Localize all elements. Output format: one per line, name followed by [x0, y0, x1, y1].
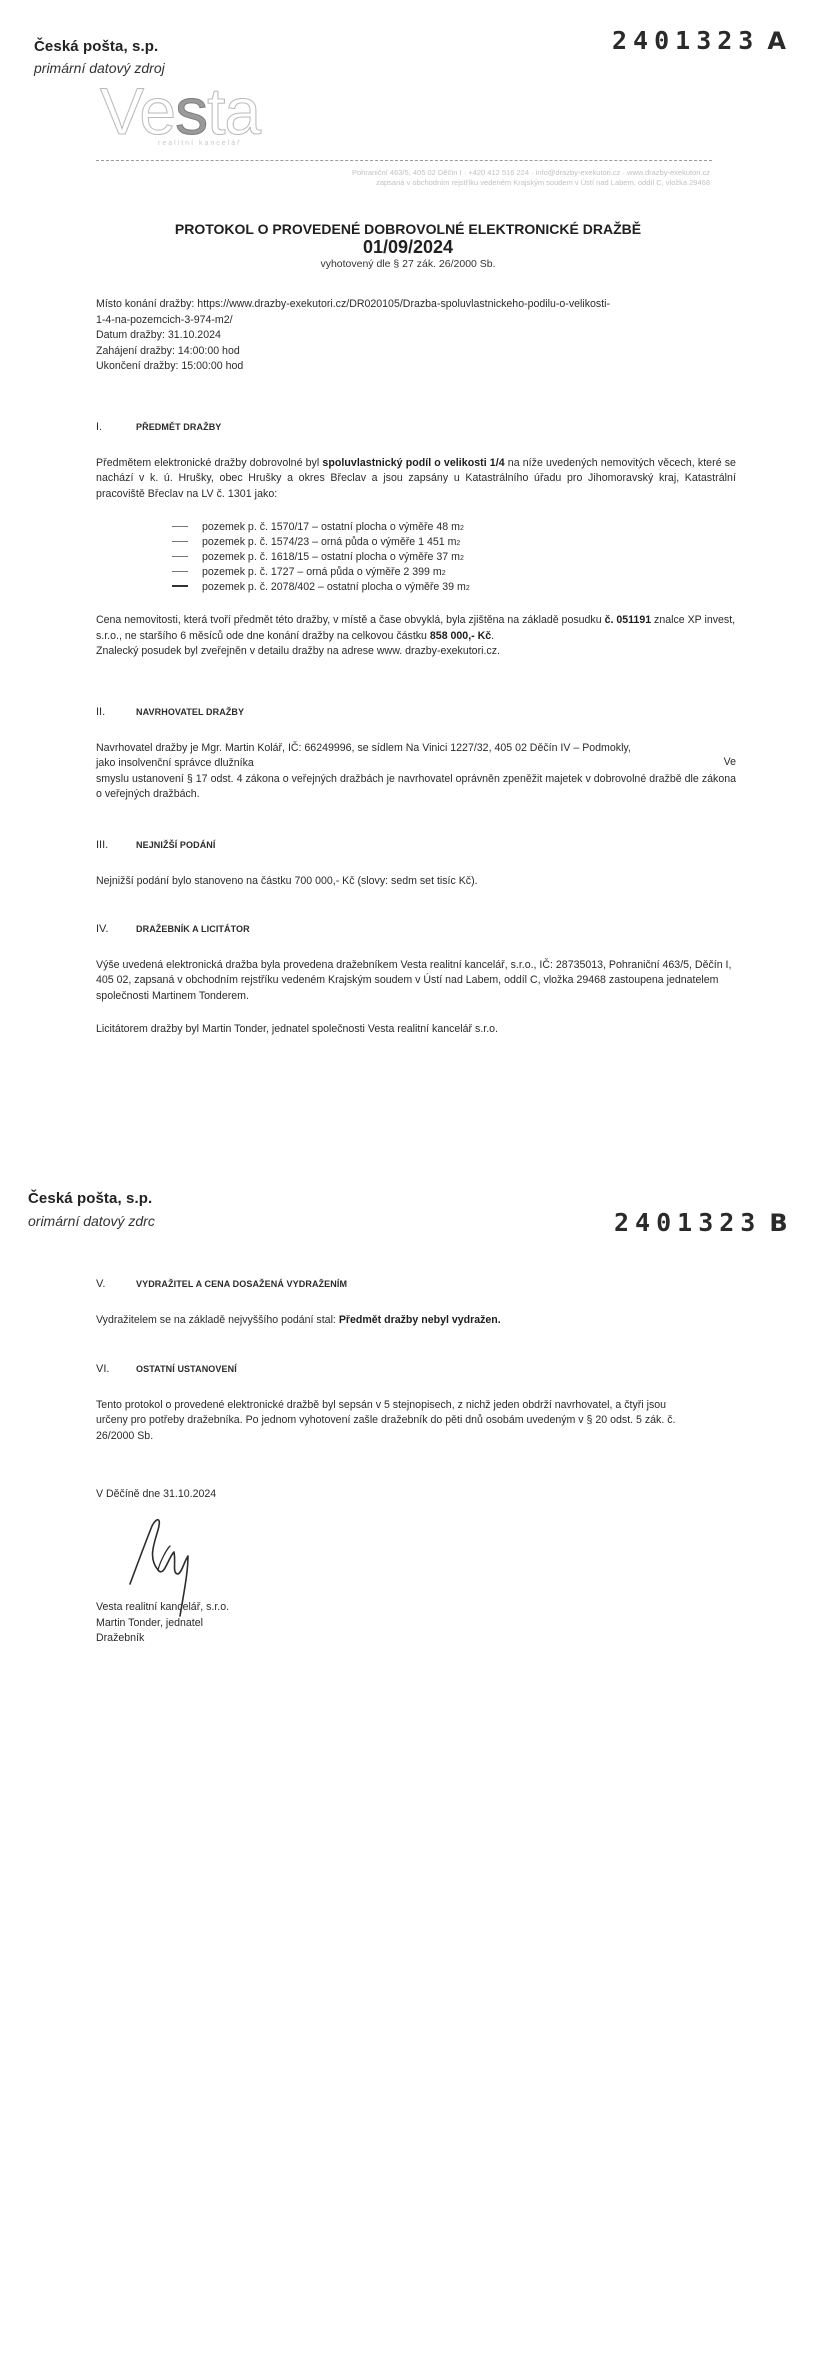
section-5-paragraph: Vydražitelem se na základě nejvyššího po… [96, 1313, 736, 1329]
section-number: II. [96, 705, 136, 721]
logo-letters-ve: Ve [100, 74, 175, 148]
auction-url[interactable]: https://www.drazby-exekutori.cz/DR020105… [197, 298, 610, 310]
auction-result: Předmět dražby nebyl vydražen. [339, 1314, 501, 1326]
section-2: II. NAVRHOVATEL DRAŽBY Navrhovatel dražb… [96, 705, 736, 803]
reference-letter: B [769, 1209, 787, 1237]
section-1-paragraph-price: Cena nemovitosti, která tvoří předmět té… [96, 613, 736, 644]
signatory-person: Martin Tonder, jednatel [96, 1616, 396, 1632]
dash-bullet-icon [172, 571, 188, 572]
document-subtitle: vyhotovený dle § 27 zák. 26/2000 Sb. [96, 257, 720, 273]
section-1-paragraph-subject: Předmětem elektronické dražby dobrovolné… [96, 456, 736, 503]
signatory-company: Vesta realitní kancelář, s.r.o. [96, 1600, 396, 1616]
section-heading: VI. OSTATNÍ USTANOVENÍ [96, 1362, 696, 1378]
section-number: IV. [96, 922, 136, 938]
section-title: DRAŽEBNÍK A LICITÁTOR [136, 922, 250, 938]
closing-place-date: V Děčíně dne 31.10.2024 [96, 1487, 396, 1503]
letterhead-divider [96, 160, 712, 161]
logo-tagline: realitní kancelář [158, 140, 241, 147]
section-heading: II. NAVRHOVATEL DRAŽBY [96, 705, 736, 721]
section-heading: III. NEJNIŽŠÍ PODÁNÍ [96, 838, 736, 854]
reference-stamp: 2401323 A [612, 26, 786, 55]
plot-item: pozemek p. č. 1574/23 – orná půda o výmě… [172, 535, 736, 550]
signatory-block: Vesta realitní kancelář, s.r.o. Martin T… [96, 1600, 396, 1647]
postal-stamp-sender: Česká pošta, s.p. [28, 1190, 152, 1207]
section-number: VI. [96, 1362, 136, 1378]
postal-stamp-subtitle: orimární datový zdrc [28, 1213, 155, 1229]
section-3-paragraph: Nejnižší podání bylo stanoveno na částku… [96, 874, 736, 890]
reference-number: 2401323 [612, 26, 759, 55]
section-4-paragraph-licitator: Licitátorem dražby byl Martin Tonder, je… [96, 1022, 736, 1038]
letterhead-address-1: Pohraniční 463/5, 405 02 Děčín I · +420 … [352, 168, 710, 178]
section-3: III. NEJNIŽŠÍ PODÁNÍ Nejnižší podání byl… [96, 838, 736, 889]
plot-item: pozemek p. č. 1570/17 – ostatní plocha o… [172, 520, 736, 535]
logo-letter-s: s [175, 74, 207, 148]
section-6: VI. OSTATNÍ USTANOVENÍ Tento protokol o … [96, 1362, 696, 1444]
auction-url-continued[interactable]: 1-4-na-pozemcich-3-974-m2/ [96, 313, 736, 329]
dash-bullet-icon [172, 556, 188, 557]
auction-start: Zahájení dražby: 14:00:00 hod [96, 344, 736, 360]
dash-bullet-icon [172, 541, 188, 542]
dash-bullet-icon [172, 585, 188, 587]
section-6-paragraph: Tento protokol o provedené elektronické … [96, 1398, 696, 1445]
reference-number: 2401323 [614, 1208, 761, 1237]
signatory-role: Dražebník [96, 1631, 396, 1647]
vesta-logo: Vesta [100, 78, 260, 144]
section-heading: V. VYDRAŽITEL A CENA DOSAŽENÁ VYDRAŽENÍM [96, 1277, 736, 1293]
section-heading: IV. DRAŽEBNÍK A LICITÁTOR [96, 922, 736, 938]
reference-letter: A [767, 27, 786, 55]
dash-bullet-icon [172, 526, 188, 527]
section-title: NEJNIŽŠÍ PODÁNÍ [136, 838, 216, 854]
plot-item: pozemek p. č. 2078/402 – ostatní plocha … [172, 580, 736, 595]
section-4: IV. DRAŽEBNÍK A LICITÁTOR Výše uvedená e… [96, 922, 736, 1038]
section-number: III. [96, 838, 136, 854]
section-title: OSTATNÍ USTANOVENÍ [136, 1362, 237, 1378]
section-1-paragraph-appraisal: Znalecký posudek byl zveřejněn v detailu… [96, 644, 736, 660]
auction-end: Ukončení dražby: 15:00:00 hod [96, 359, 736, 375]
section-5: V. VYDRAŽITEL A CENA DOSAŽENÁ VYDRAŽENÍM… [96, 1277, 736, 1328]
section-number: V. [96, 1277, 136, 1293]
section-1: I. PŘEDMĚT DRAŽBY Předmětem elektronické… [96, 420, 736, 660]
postal-stamp-sender: Česká pošta, s.p. [34, 38, 158, 55]
plot-item: pozemek p. č. 1618/15 – ostatní plocha o… [172, 550, 736, 565]
document-number: 01/09/2024 [96, 240, 720, 256]
plot-item: pozemek p. č. 1727 – orná půda o výměře … [172, 565, 736, 580]
section-title: PŘEDMĚT DRAŽBY [136, 420, 221, 436]
document-title: PROTOKOL O PROVEDENÉ DOBROVOLNÉ ELEKTRON… [96, 222, 720, 238]
section-2-paragraph: Navrhovatel dražby je Mgr. Martin Kolář,… [96, 741, 736, 803]
auction-date: Datum dražby: 31.10.2024 [96, 328, 736, 344]
auction-place: Místo konání dražby: https://www.drazby-… [96, 297, 736, 313]
section-4-paragraph-auctioneer: Výše uvedená elektronická dražba byla pr… [96, 958, 736, 1005]
section-number: I. [96, 420, 136, 436]
auction-info: Místo konání dražby: https://www.drazby-… [96, 297, 736, 375]
plot-list: pozemek p. č. 1570/17 – ostatní plocha o… [172, 520, 736, 595]
section-heading: I. PŘEDMĚT DRAŽBY [96, 420, 736, 436]
reference-stamp: 2401323 B [614, 1208, 788, 1237]
letterhead-address-2: zapsaná v obchodním rejstříku vedeném Kr… [376, 178, 710, 188]
section-title: VYDRAŽITEL A CENA DOSAŽENÁ VYDRAŽENÍM [136, 1277, 347, 1293]
logo-letters-ta: ta [207, 74, 260, 148]
section-title: NAVRHOVATEL DRAŽBY [136, 705, 244, 721]
